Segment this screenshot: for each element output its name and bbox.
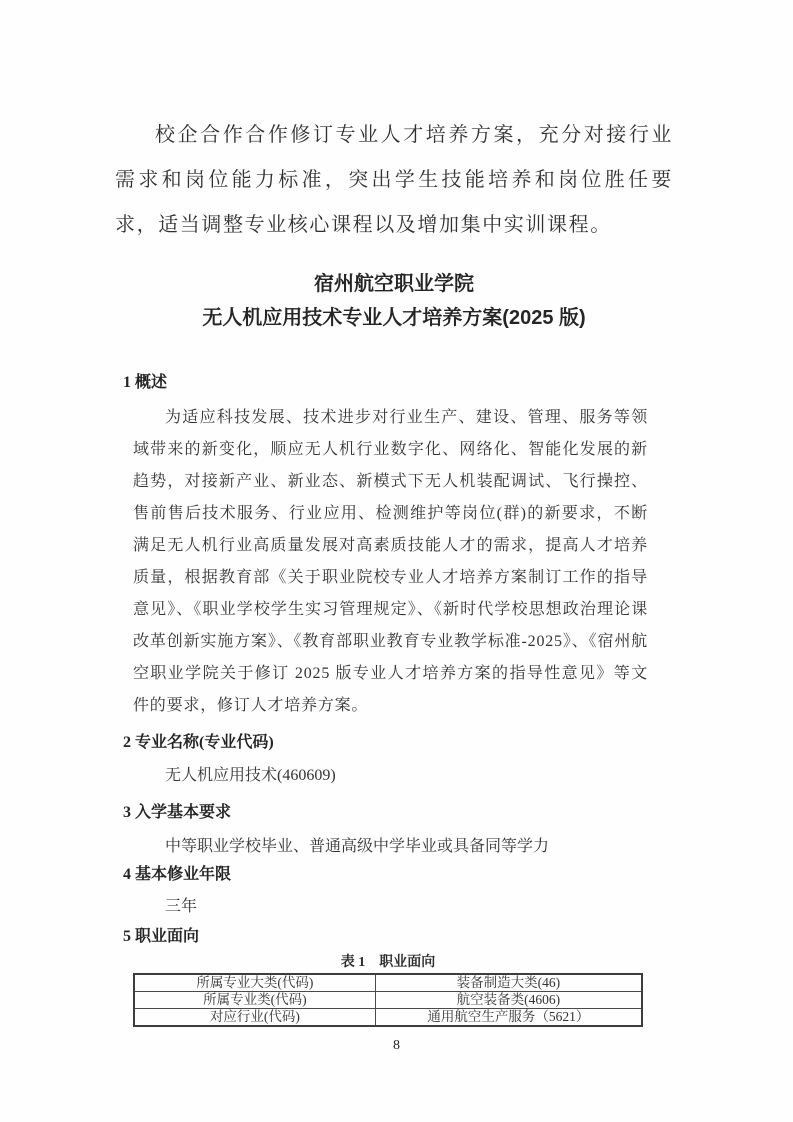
table-cell-value: 通用航空生产服务（5621） <box>375 1009 642 1027</box>
table-cell-value: 航空装备类(4606) <box>375 992 642 1009</box>
table-cell-value: 装备制造大类(46) <box>375 974 642 992</box>
table-row: 所属专业大类(代码) 装备制造大类(46) <box>134 974 642 992</box>
table-cell-label: 所属专业类(代码) <box>134 992 375 1009</box>
section-heading-study-years: 4 基本修业年限 <box>123 864 673 886</box>
document-page: 校企合作合作修订专业人才培养方案，充分对接行业需求和岗位能力标准，突出学生技能培… <box>0 0 793 1122</box>
table-cell-label: 所属专业大类(代码) <box>134 974 375 992</box>
section-body-study-years: 三年 <box>133 896 673 918</box>
section-body-entry-requirements: 中等职业学校毕业、普通高级中学毕业或具备同等学力 <box>133 836 673 858</box>
section-heading-major-name: 2 专业名称(专业代码) <box>123 732 673 754</box>
section-body-overview: 为适应科技发展、技术进步对行业生产、建设、管理、服务等领域带来的新变化，顺应无人… <box>133 402 648 722</box>
table-row: 所属专业类(代码) 航空装备类(4606) <box>134 992 642 1009</box>
title-program-name: 无人机应用技术专业人才培养方案(2025 版) <box>115 300 673 336</box>
document-title: 宿州航空职业学院 无人机应用技术专业人才培养方案(2025 版) <box>115 268 673 336</box>
table-cell-label: 对应行业(代码) <box>134 1009 375 1027</box>
career-table-caption: 表 1 职业面向 <box>133 955 643 970</box>
section-heading-career-orientation: 5 职业面向 <box>123 926 673 948</box>
page-number: 8 <box>0 1038 793 1054</box>
intro-paragraph: 校企合作合作修订专业人才培养方案，充分对接行业需求和岗位能力标准，突出学生技能培… <box>115 113 673 248</box>
career-table: 所属专业大类(代码) 装备制造大类(46) 所属专业类(代码) 航空装备类(46… <box>133 973 643 1027</box>
table-row: 对应行业(代码) 通用航空生产服务（5621） <box>134 1009 642 1027</box>
title-college-name: 宿州航空职业学院 <box>115 268 673 300</box>
section-body-major-name: 无人机应用技术(460609) <box>133 765 673 787</box>
section-heading-overview: 1 概述 <box>123 372 673 394</box>
section-heading-entry-requirements: 3 入学基本要求 <box>123 802 673 824</box>
